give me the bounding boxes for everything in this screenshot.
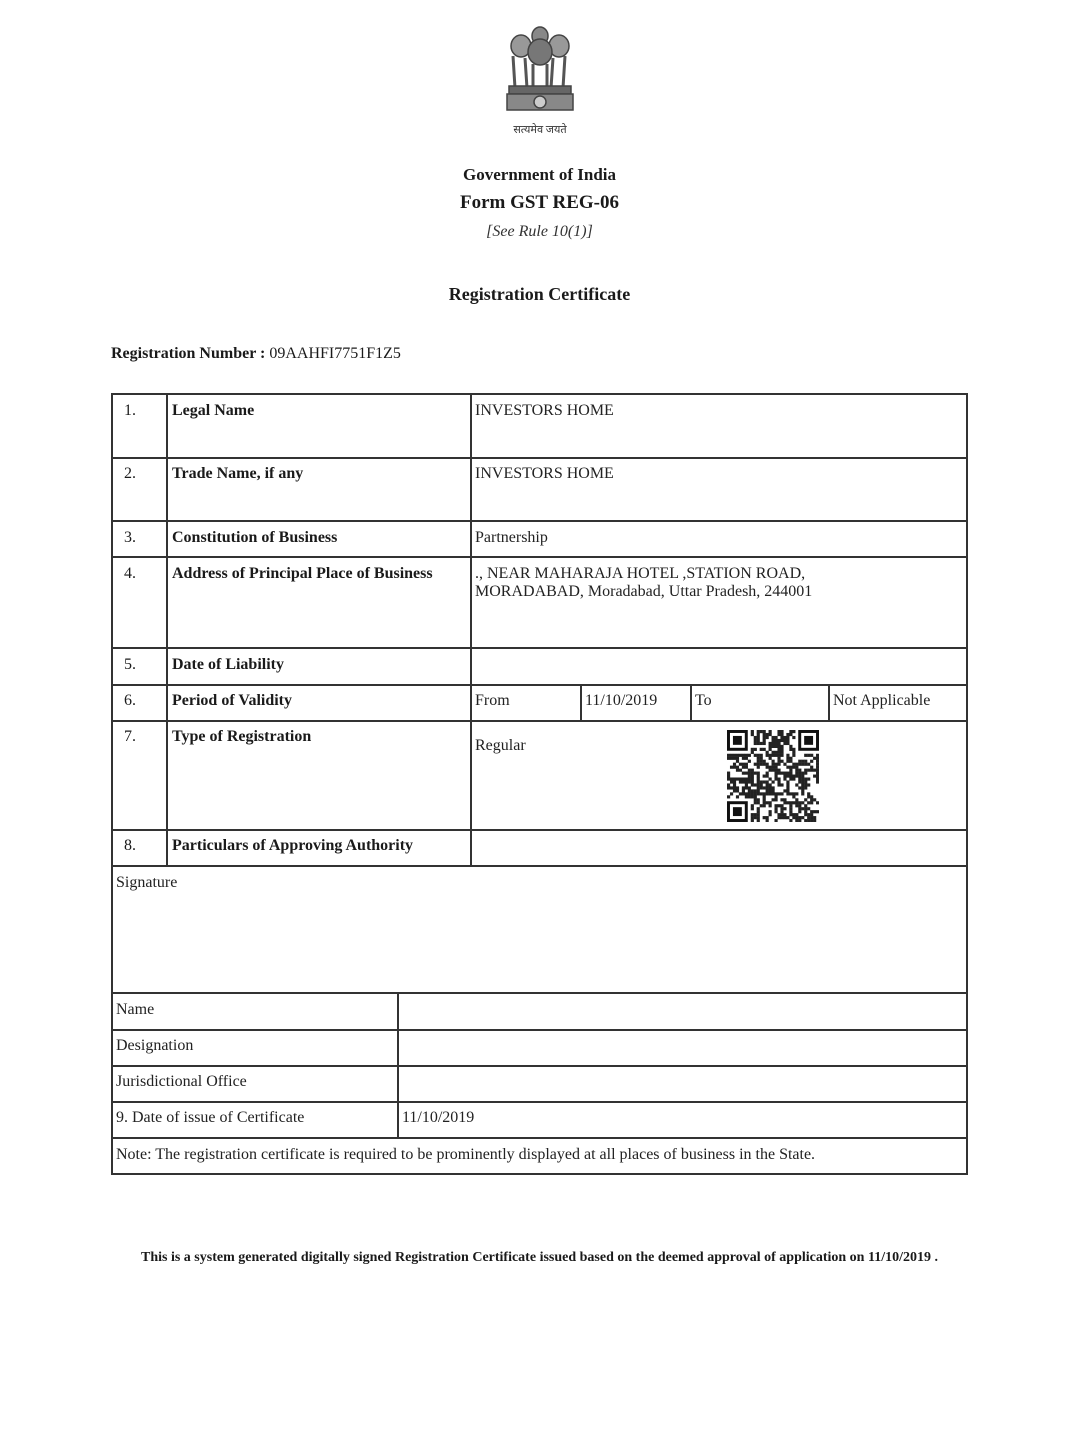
address-value-line1: ., NEAR MAHARAJA HOTEL ,STATION ROAD, <box>475 565 805 583</box>
row-4-number: 4. <box>124 565 136 583</box>
date-of-liability-label: Date of Liability <box>172 656 284 674</box>
motto: सत्यमेव जयते <box>470 122 610 137</box>
trade-name-value: INVESTORS HOME <box>475 465 614 483</box>
legal-name-value: INVESTORS HOME <box>475 402 614 420</box>
type-of-registration-value: Regular <box>475 737 526 755</box>
type-of-registration-label: Type of Registration <box>172 728 311 746</box>
certificate-title: Registration Certificate <box>0 284 1079 305</box>
form-title: Form GST REG-06 <box>0 192 1079 214</box>
row-1-number: 1. <box>124 402 136 420</box>
constitution-value: Partnership <box>475 529 548 547</box>
date-of-issue-value: 11/10/2019 <box>402 1109 474 1127</box>
row-3-number: 3. <box>124 529 136 547</box>
system-generated-footer: This is a system generated digitally sig… <box>0 1250 1079 1266</box>
trade-name-label: Trade Name, if any <box>172 465 303 483</box>
rule-reference: [See Rule 10(1)] <box>0 223 1079 241</box>
validity-to-value: Not Applicable <box>833 692 930 710</box>
registration-number-label: Registration Number : <box>111 345 265 362</box>
validity-from-label: From <box>475 692 510 710</box>
legal-name-label: Legal Name <box>172 402 254 420</box>
validity-from-value: 11/10/2019 <box>585 692 657 710</box>
validity-to-label: To <box>695 692 712 710</box>
government-heading: Government of India <box>0 165 1079 185</box>
registration-number-value: 09AAHFI7751F1Z5 <box>269 345 401 362</box>
registration-number: Registration Number : 09AAHFI7751F1Z5 <box>111 345 401 363</box>
constitution-label: Constitution of Business <box>172 529 337 547</box>
row-2-number: 2. <box>124 465 136 483</box>
designation-label: Designation <box>116 1037 193 1055</box>
row-8-number: 8. <box>124 837 136 855</box>
national-emblem-icon <box>497 22 583 118</box>
signature-label: Signature <box>116 874 177 892</box>
address-value-line2: MORADABAD, Moradabad, Uttar Pradesh, 244… <box>475 583 812 601</box>
date-of-issue-label: 9. Date of issue of Certificate <box>116 1109 304 1127</box>
period-of-validity-label: Period of Validity <box>172 692 292 710</box>
name-label: Name <box>116 1001 154 1019</box>
row-7-number: 7. <box>124 728 136 746</box>
address-label: Address of Principal Place of Business <box>172 565 462 583</box>
display-note: Note: The registration certificate is re… <box>116 1146 815 1164</box>
approving-authority-label: Particulars of Approving Authority <box>172 837 413 855</box>
jurisdictional-office-label: Jurisdictional Office <box>116 1073 247 1091</box>
row-6-number: 6. <box>124 692 136 710</box>
row-5-number: 5. <box>124 656 136 674</box>
qr-code-icon <box>727 730 819 822</box>
